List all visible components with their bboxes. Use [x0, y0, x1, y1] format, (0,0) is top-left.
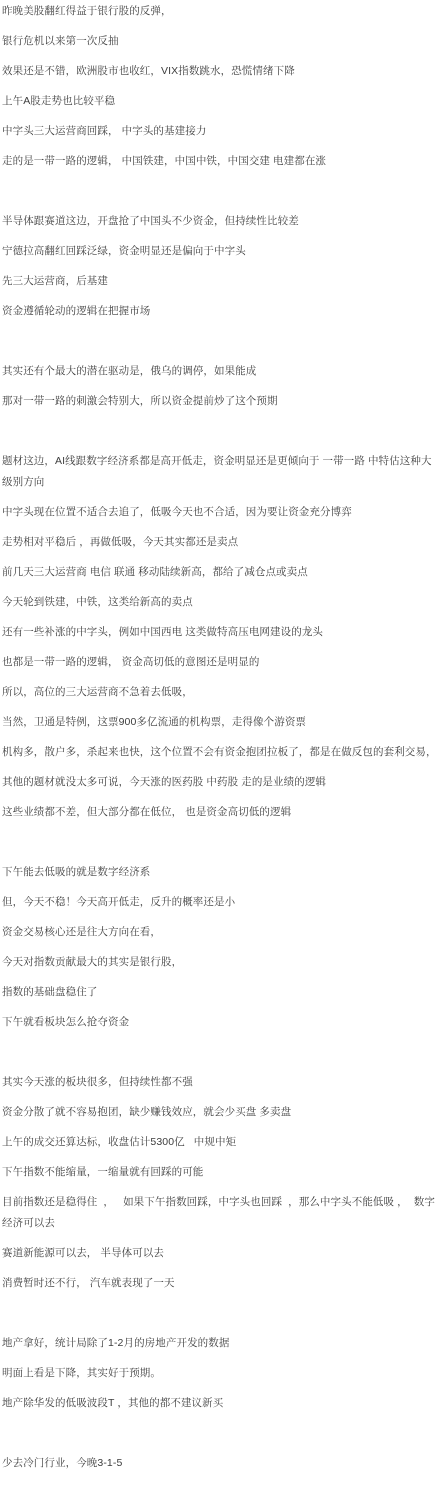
text-line: 资金分散了就不容易抱团，缺少赚钱效应，就会少买盘 多卖盘 [2, 1102, 438, 1132]
text-line: 其实今天涨的板块很多，但持续性都不强 [2, 1042, 438, 1102]
text-line: 下午指数不能缩量，一缩量就有回踩的可能 [2, 1162, 438, 1192]
text-line: 还有一些补涨的中字头，例如中国西电 这类做特高压电网建设的龙头 [2, 622, 438, 652]
text-line: 机构多，散户多，杀起来也快，这个位置不会有资金抱团拉板了，都是在做反包的套利交易… [2, 742, 438, 772]
text-line: 其他的题材就没太多可说，今天涨的医药股 中药股 走的是业绩的逻辑 [2, 772, 438, 802]
text-line: 明面上看是下降，其实好于预期。 [2, 1363, 438, 1393]
text-line: 今天轮到铁建，中铁，这类给新高的卖点 [2, 592, 438, 622]
text-line: 宁德拉高翻红回踩泛绿，资金明显还是偏向于中字头 [2, 241, 438, 271]
text-line: 走的是一带一路的逻辑， 中国铁建，中国中铁，中国交建 电建都在涨 [2, 151, 438, 181]
note-document: 昨晚美股翻红得益于银行股的反弹，银行危机以来第一次反抽效果还是不错，欧洲股市也收… [0, 0, 440, 1483]
text-line: 中字头现在位置不适合去追了，低吸今天也不合适，因为要让资金充分博弈 [2, 502, 438, 532]
text-line: 赛道新能源可以去， 半导体可以去 [2, 1243, 438, 1273]
text-line: 那对一带一路的刺激会特别大，所以资金提前炒了这个预期 [2, 391, 438, 421]
text-line: 下午能去低吸的就是数字经济系 [2, 832, 438, 892]
text-line: 地产拿好，统计局除了1-2月的房地产开发的数据 [2, 1303, 438, 1363]
text-line: 先三大运营商，后基建 [2, 271, 438, 301]
text-line: 指数的基础盘稳住了 [2, 982, 438, 1012]
text-line: 上午的成交还算达标，收盘估计5300亿 中规中矩 [2, 1132, 438, 1162]
text-line: 资金遵循轮动的逻辑在把握市场 [2, 301, 438, 331]
text-line: 少去冷门行业，今晚3-1-5 [2, 1423, 438, 1483]
text-line: 银行危机以来第一次反抽 [2, 31, 438, 61]
text-line: 昨晚美股翻红得益于银行股的反弹， [2, 1, 438, 31]
text-line: 上午A股走势也比较平稳 [2, 91, 438, 121]
text-line: 题材这边，AI线跟数字经济系都是高开低走，资金明显还是更倾向于 一带一路 中特估… [2, 421, 438, 502]
text-line: 效果还是不错，欧洲股市也收红，VIX指数跳水，恐慌情绪下降 [2, 61, 438, 91]
text-line: 当然，卫通是特例，这票900多亿流通的机构票，走得像个游资票 [2, 712, 438, 742]
text-line: 但，今天不稳！今天高开低走，反升的概率还是小 [2, 892, 438, 922]
text-line: 走势相对平稳后 ，再做低吸，今天其实都还是卖点 [2, 532, 438, 562]
text-line: 前几天三大运营商 电信 联通 移动陆续新高，都给了减仓点或卖点 [2, 562, 438, 592]
text-line: 半导体跟赛道这边，开盘抢了中国头不少资金，但持续性比较差 [2, 181, 438, 241]
text-lines: 昨晚美股翻红得益于银行股的反弹，银行危机以来第一次反抽效果还是不错，欧洲股市也收… [2, 1, 438, 1483]
text-line: 也都是一带一路的逻辑， 资金高切低的意图还是明显的 [2, 652, 438, 682]
text-line: 下午就看板块怎么抢夺资金 [2, 1012, 438, 1042]
text-line: 地产除华发的低吸波段T ，其他的都不建议新买 [2, 1393, 438, 1423]
text-line: 所以，高位的三大运营商不急着去低吸， [2, 682, 438, 712]
text-line: 目前指数还是稳得住 ， 如果下午指数回踩，中字头也回踩 ，那么中字头不能低吸 ，… [2, 1192, 438, 1243]
text-line: 今天对指数贡献最大的其实是银行股， [2, 952, 438, 982]
text-line: 中字头三大运营商回踩， 中字头的基建接力 [2, 121, 438, 151]
text-line: 这些业绩都不差，但大部分都在低位， 也是资金高切低的逻辑 [2, 802, 438, 832]
text-line: 其实还有个最大的潜在驱动是，俄乌的调停，如果能成 [2, 331, 438, 391]
text-line: 资金交易核心还是往大方向在看， [2, 922, 438, 952]
text-line: 消费暂时还不行， 汽车就表现了一天 [2, 1273, 438, 1303]
